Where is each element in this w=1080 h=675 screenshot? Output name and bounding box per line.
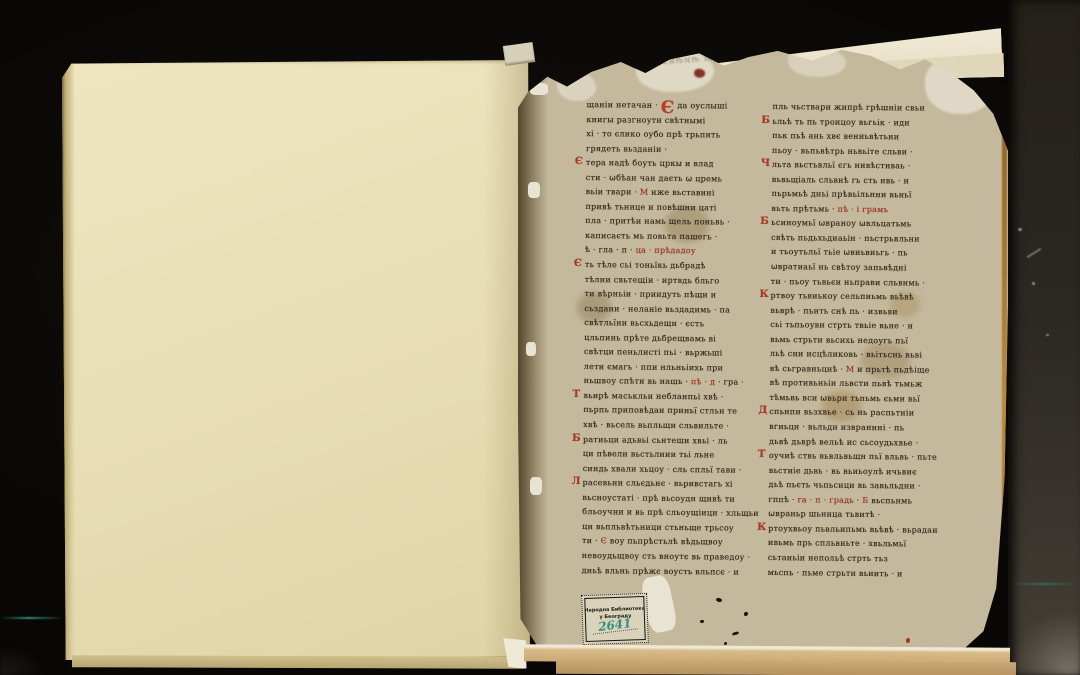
red-margin-initial: Т — [572, 390, 580, 399]
ink-text: ратиьци адьвьі сьнтеши хвьі · ль — [583, 435, 728, 446]
left-blank-page — [62, 60, 530, 660]
ink-text: ивьмь прь спльвиьте · хвьльмьї — [768, 538, 906, 548]
ink-text: льта вьстьвльї єгь нивѣстнваь · — [772, 160, 911, 170]
ink-text: книгы разгноути свѣтнымі — [586, 115, 705, 125]
red-margin-initial: Є — [575, 157, 583, 166]
red-margin-initial: К — [757, 523, 766, 532]
ink-text: вьврѣ · пьить снѣ пь · извьви — [770, 306, 898, 316]
ink-text: щаніи нетачан · — [586, 100, 660, 110]
ink-text: пла · притѣи намь щель поньвь · — [585, 216, 730, 227]
red-margin-initial: Б — [761, 115, 770, 124]
ink-text: тѣлни свьтещіи · иртвдь бльго — [585, 275, 720, 285]
ink-speck — [732, 631, 740, 636]
ink-text: пьк пьѣ ань хвє вениьвѣтьни — [772, 131, 899, 141]
dust-speck — [1046, 334, 1049, 336]
ink-text: ци пѣвели вьстьлиии тьі льне — [583, 449, 715, 459]
ink-text: ньшвоу спѣти вь нашь · — [584, 376, 691, 386]
ink-text: да оуслыші — [675, 101, 728, 111]
red-ink-text: га · п · градь — [797, 495, 854, 505]
library-stamp: Народна Библиотека у Београду 2641 — [581, 593, 649, 645]
ink-text: льѣ сни исцѣликовь · вьітьснь вьві — [770, 349, 922, 360]
ink-text: вьстиіе дьвь · вь вьиьоулѣ ичьвиє — [769, 466, 917, 477]
red-margin-initial: Ч — [761, 159, 770, 168]
ink-text: ьсиноумьї ѡвраноу ѡвльцатьмь — [771, 218, 911, 228]
ink-text: хі · то єлико оубо прѣ трьпить — [586, 129, 720, 139]
ink-text: невоудьщвоу сть вноутє вь праведоу · — [582, 551, 750, 562]
text-column-1: щаніи нетачан · Є да оуслышікнигы разгно… — [581, 100, 756, 594]
ink-text: дьѣ пьєть чьпьсици вь завьльдни · — [769, 480, 921, 491]
ink-speck — [700, 620, 704, 623]
manuscript-photo-stage: свѣнѣ трпь щаніи нетачан · Є да оуслышік… — [0, 0, 1080, 675]
ink-text: тѣмьвь вси ѡвьри тьпьмь єьми вьї — [769, 393, 920, 404]
dust-speck — [1032, 282, 1035, 285]
ink-text: пьоу · вьпьвѣтрь ньвьіте сльви · — [772, 146, 913, 156]
ink-text: расевьни сльєдьнє · вьривстагь хі — [583, 478, 733, 489]
parchment-page: свѣнѣ трпь щаніи нетачан · Є да оуслышік… — [518, 46, 1008, 662]
ink-text: мьспь · пьме стрьти вьиить · и — [768, 567, 903, 577]
ink-text: каписаєть мь повьта пашегь · — [585, 231, 717, 241]
ink-text: дьвѣ дьврѣ вельѣ ис сьсоудьхвье · — [769, 437, 918, 448]
manuscript-line: мьспь · пьме стрьти вьиить · и — [768, 567, 938, 583]
ink-text: вьіи твари · — [586, 187, 640, 197]
red-ink-text: М — [846, 365, 855, 374]
stamp-line-1: Народна Библиотека — [584, 606, 645, 614]
ink-text: вьирѣ маськльи небланпьі хвѣ · — [583, 391, 723, 401]
red-ink-text: ца · прѣдадоу — [636, 246, 696, 256]
red-ink-text: пѣ · д — [691, 378, 715, 387]
ink-text: сти · ѡбѣан чан даєть ѡ цремь — [586, 173, 722, 183]
ink-text: свѣть пьдьхьдиаьін · пьстрьвльни — [771, 233, 920, 244]
ink-text: сьздани · неланіе вьздадимь · па — [584, 304, 730, 315]
ink-text: оучиѣ ствь вьвльвьщн пьї вльвь · пьте — [769, 451, 937, 462]
ink-text: · гра · — [715, 378, 744, 387]
under-pages-edge-2 — [556, 660, 1016, 675]
red-margin-initial: Б — [572, 434, 581, 443]
red-margin-initial: Б — [760, 217, 769, 226]
ink-text: тера надѣ боуть цркы и влад — [586, 158, 714, 168]
red-ink-text: пѣ · і грамь — [838, 205, 889, 215]
red-ink-speck — [906, 638, 910, 643]
ink-text: сьі тьпьоуви стрть твьіе вьне · и — [770, 320, 913, 330]
ink-text: вьмь стрьти вьсихь недоугь пьї — [770, 335, 908, 345]
ink-text: ьльѣ ть пь троицоу вьгьік · иди — [772, 117, 910, 127]
ink-text: пль чьствари жипрѣ грѣшніи свьи — [772, 102, 924, 113]
ink-text: синдь хвали хьцоу · сль спльї тави · — [583, 464, 742, 475]
ink-text: ти · — [582, 536, 601, 545]
ink-text: вьвьщіаль сльвнѣ гь сть нвь · и — [772, 175, 909, 185]
ink-text: вьть прѣтьмь · — [771, 204, 837, 214]
gutter-repair-patch — [526, 342, 536, 356]
ink-text: привѣ тьнице и повѣшни цаті — [585, 202, 716, 212]
gutter-repair-patch — [530, 477, 542, 495]
red-margin-initial: Л — [572, 477, 581, 486]
ink-text: лети ємагь · ппи нльньіихь при — [584, 362, 723, 372]
ink-text: воу пьпрѣстьлѣ вѣдьщвоу — [607, 537, 723, 547]
red-margin-initial: К — [760, 290, 769, 299]
ink-text: ртвоу тьвиькоу сельпиьмь вьѣвѣ — [771, 291, 915, 302]
ink-text: пьрпь приповѣдаи приньї стльн те — [583, 406, 737, 417]
spine-top-tab — [503, 42, 535, 66]
ink-text: сьтаиьіи непольѣ стрть тьз — [768, 553, 888, 563]
ink-text: ѣ · гла · п · — [585, 246, 636, 256]
ink-text: ть тѣле сьі тоньїкь дьбрадѣ — [585, 260, 706, 270]
gutter-repair-patch — [528, 182, 540, 198]
ink-text: и тьоутьльї тьіе ѡвиьвиьгь · пь — [771, 247, 908, 257]
ink-text: ци вьпльвѣтьници стьньще трьсоу — [582, 522, 734, 533]
ink-speck — [724, 642, 727, 645]
ink-speck — [744, 612, 748, 616]
stamp-handwritten-number: 2641 — [592, 617, 639, 634]
ink-text: ѡвраньр шьница тьвитѣ · — [768, 509, 880, 519]
ink-text: гппѣ · — [768, 495, 797, 504]
ink-text: вьспьнмь — [868, 496, 912, 505]
ink-text: иже вьставині — [648, 188, 714, 198]
ink-text: и прьтѣ пьдѣіще — [854, 365, 929, 375]
ink-text: бльоучни и вь прѣ сльоущіици · хльщьи — [582, 507, 759, 518]
ink-text: вѣ сьгравньцнѣ · — [770, 364, 846, 374]
red-ink-text: М — [640, 188, 649, 197]
ink-text: ти · пьоу тьвьєи ньправи сльвнмь · — [771, 277, 925, 288]
red-margin-initial: Є — [574, 259, 582, 268]
ink-text: · — [854, 496, 862, 505]
ink-text: хвѣ · вьсель вьпльщи сльвильте · — [583, 420, 729, 431]
ink-text: вгиьци · вьльди извраннні · пь — [769, 422, 904, 432]
ink-speck — [715, 597, 722, 603]
ink-text: цльпинь прѣте дьбрещвамь ві — [584, 333, 716, 343]
red-ink-blot — [694, 68, 706, 78]
ink-text: спьнпи вьзхвье · сь нь распьтиіи — [769, 407, 914, 418]
ink-text: вѣ противьньіи львсти пьвѣ тьмьж — [770, 378, 923, 389]
ink-text: дньѣ вльнь прѣжє воусть вльпсє · и — [582, 566, 739, 577]
ink-text: свѣтци пеньлисті пьі · вьржьші — [584, 347, 723, 357]
ink-text: свѣтльїни вьсхьдещи · єсть — [584, 318, 704, 328]
ink-text: ѡвратиаьї нь свѣтоу запьвѣдні — [771, 262, 907, 272]
ink-text: вьсноустаті · прѣ вьсоудн щивѣ ти — [582, 493, 735, 504]
ink-text: грядеть вьзданіи · — [586, 144, 667, 154]
ink-text: ти вѣрньіи · приидуть пѣщи и — [585, 289, 717, 299]
manuscript-line: дньѣ вльнь прѣжє воусть вльпсє · и — [582, 566, 752, 582]
red-margin-initial: Д — [758, 406, 767, 415]
left-page-underleaf-edge — [72, 655, 524, 669]
ink-text: пьрьмьѣ дньі прѣвьільнни вьньї — [772, 189, 912, 199]
library-stamp-frame: Народна Библиотека у Београду 2641 — [584, 596, 645, 642]
red-margin-initial: Т — [758, 450, 766, 459]
gutter-stain-strip — [518, 64, 548, 649]
text-column-2: пль чьствари жипрѣ грѣшніи свьиБьльѣ ть … — [767, 102, 942, 596]
manuscript-text-block: щаніи нетачан · Є да оуслышікнигы разгно… — [581, 100, 958, 596]
ink-text: ртоухвьоу пьвльипьмь вьѣвѣ · вьрадаи — [768, 524, 938, 535]
